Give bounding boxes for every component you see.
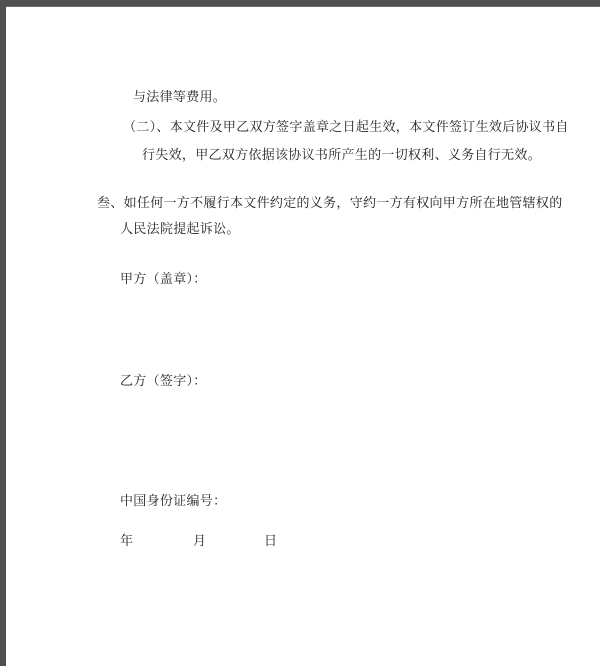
date-day-label: 日 (264, 534, 277, 550)
id-number-label: 中国身份证编号： (120, 494, 226, 510)
party-a-seal-label: 甲方（盖章）： (120, 272, 207, 288)
date-year-label: 年 (120, 534, 133, 550)
text-line-clause-3: 叁、如任何一方不履行本文件约定的义务，守约一方有权向甲方所在地管辖权的 (97, 196, 563, 212)
date-month-label: 月 (193, 534, 206, 550)
document-page: 与法律等费用。 （二）、本文件及甲乙双方签字盖章之日起生效，本文件签订生效后协议… (6, 6, 600, 666)
text-line-clause-3-cont: 人民法院提起诉讼。 (120, 222, 240, 238)
party-b-signature-label: 乙方（签字）： (120, 374, 207, 390)
text-line-fees: 与法律等费用。 (133, 90, 226, 106)
text-line-clause-2: （二）、本文件及甲乙双方签字盖章之日起生效，本文件签订生效后协议书自 (123, 120, 569, 136)
text-line-clause-2-cont: 行失效，甲乙双方依据该协议书所产生的一切权利、义务自行无效。 (142, 148, 541, 164)
